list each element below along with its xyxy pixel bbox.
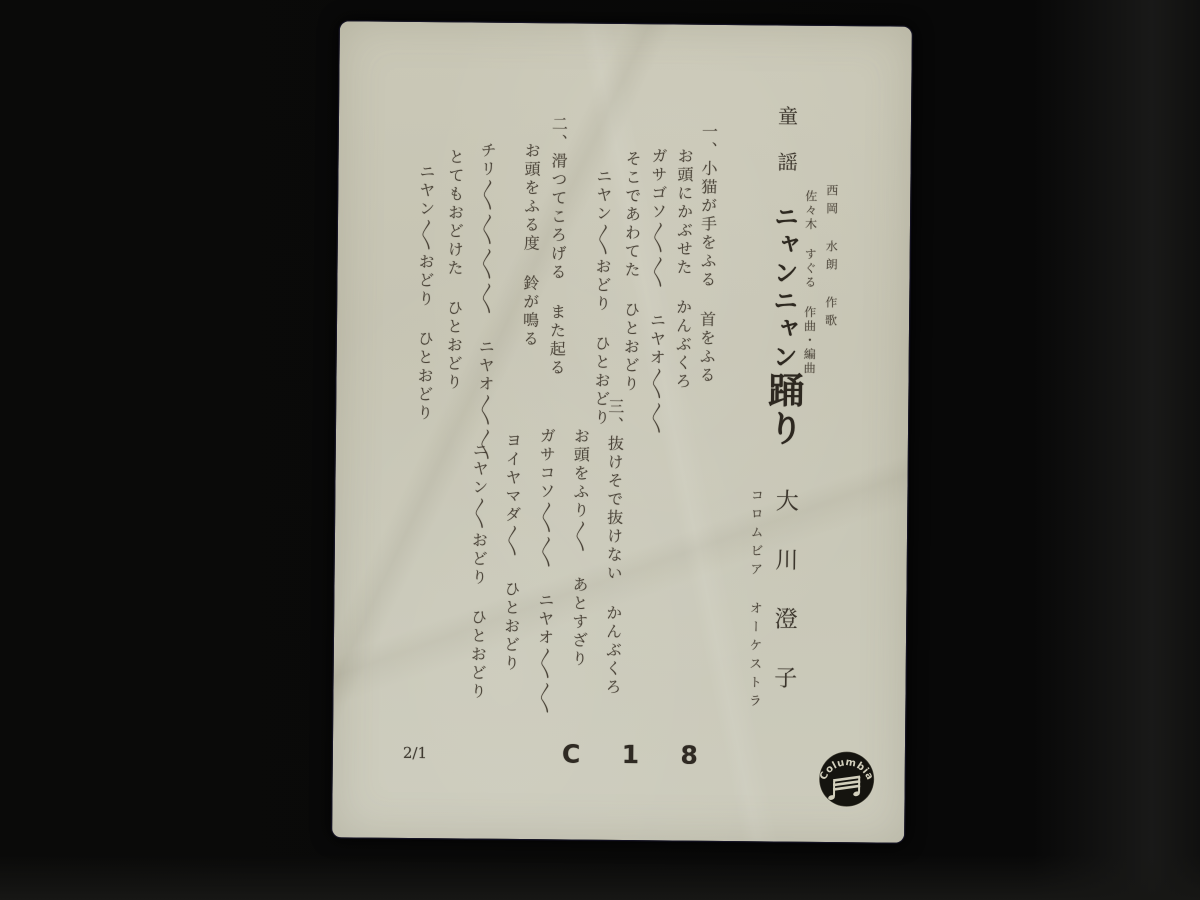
page-mark: 2/1 [403, 744, 427, 762]
song-title-kana: ニャンニャン [769, 203, 800, 371]
song-title-suffix: 踊り [762, 371, 804, 447]
verse-3-line-2: お頭をふり〱 あとすざり [567, 427, 592, 668]
verse-1-line-1: 一、小猫が手をふる 首をふる [695, 123, 721, 385]
credit-composer: 佐々木 すぐる 作曲・編曲 [801, 190, 820, 376]
catalog-digit-1: 1 [622, 740, 640, 769]
verse-1-line-5: ニヤン〱おどり ひとおどり [590, 168, 615, 428]
verse-3-line-4: ヨイヤマダ〱 ひとおどり [499, 432, 524, 673]
verse-3-line-1: 三、抜けそで抜けない かんぶくろ [601, 398, 627, 697]
catalog-digit-8: 8 [680, 741, 698, 770]
lyric-sheet-paper: 童謡 ニャンニャン踊り 西岡 水朗 作歌 佐々木 すぐる 作曲・編曲 大川澄子 … [332, 21, 912, 842]
columbia-logo: Columbia [817, 750, 876, 809]
verse-2-line-4: とてもおどけた ひとおどり [442, 148, 467, 392]
verse-3-line-5: ニヤン〱おどり ひとおどり [466, 442, 491, 702]
singer-name: 大川澄子 [767, 488, 802, 724]
photo-background: 童謡 ニャンニャン踊り 西岡 水朗 作歌 佐々木 すぐる 作曲・編曲 大川澄子 … [0, 0, 1200, 900]
verse-1-line-2: お頭にかぶせた かんぶくろ [671, 147, 696, 391]
columbia-logo-icon: Columbia [817, 750, 876, 809]
verse-2-line-1: 二、滑つてころげる また起る [545, 115, 571, 377]
orchestra-name: コロムビア オーケストラ [744, 488, 765, 712]
verse-2-line-2: お頭をふる度 鈴が鳴る [518, 142, 543, 349]
verse-3-line-3: ガサコソ〱〱 ニヤオ〱〱 [533, 427, 559, 716]
verse-1-line-3: ガサゴソ〱〱 ニヤオ〱〱 [644, 147, 670, 436]
credit-lyricist: 西岡 水朗 作歌 [822, 184, 840, 332]
verse-2-line-5: ニヤン〱おどり ひとおどり [413, 163, 438, 423]
catalog-letter-c: C [562, 739, 581, 768]
catalog-number: C18 [562, 739, 698, 769]
verse-2-line-3: チリ〱〱〱〱 ニヤオ〱〱 [473, 142, 499, 463]
genre-label: 童謡 [772, 105, 802, 197]
verse-1-line-4: そこであわてた ひとおどり [619, 150, 644, 394]
